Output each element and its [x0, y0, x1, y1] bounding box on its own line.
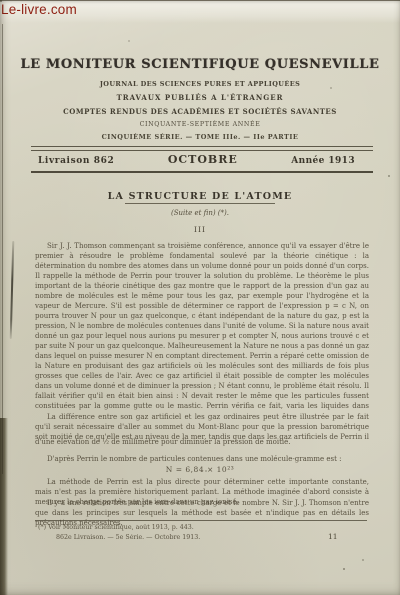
double-rule-top-2 — [31, 150, 373, 151]
paper-specks — [0, 0, 2, 2]
article-subtitle: (Suite et fin) (*). — [0, 209, 400, 217]
masthead-subtitle-comptes-rendus: COMPTES RENDUS DES ACADÉMIES ET SOCIÉTÉS… — [0, 107, 400, 116]
issue-bar: Livraison 862 OCTOBRE Année 1913 — [31, 153, 373, 166]
footer-signature-line: 862e Livraison. — 5e Série. — Octobre 19… — [56, 534, 200, 541]
issue-year: Année 1913 — [291, 156, 373, 166]
scan-top-edge — [0, 0, 400, 1]
masthead-series-line: CINQUIÈME SÉRIE. — TOME IIIe. — IIe PART… — [0, 133, 400, 141]
masthead-subtitle-travaux: TRAVAUX PUBLIÉS A L'ÉTRANGER — [0, 93, 400, 102]
double-rule-top-1 — [31, 146, 373, 147]
issue-month: OCTOBRE — [168, 153, 238, 166]
article-title: LA STRUCTURE DE L'ATOME — [0, 191, 400, 202]
footnote-rule — [35, 520, 367, 521]
rule-below-issue-bar — [31, 171, 373, 173]
article-section-number: III — [0, 225, 400, 234]
journal-scan-page: Le-livre.com LE MONITEUR SCIENTIFIQUE QU… — [0, 0, 400, 595]
paragraph-elevation-line: d'une élévation de ½ de millimètre pour … — [35, 437, 369, 450]
article-title-underline — [125, 203, 275, 204]
ink-mark-artifact — [10, 241, 15, 339]
page-fold-line — [2, 24, 3, 474]
masthead-year-line: CINQUANTE-SEPTIÈME ANNÉE — [0, 121, 400, 128]
paragraph-thomson-lecture: Sir J. J. Thomson commençant sa troisièm… — [35, 241, 369, 412]
avogadro-formula: N = 6,84 × 10²³ — [0, 465, 400, 474]
masthead-title: LE MONITEUR SCIENTIFIQUE QUESNEVILLE — [0, 57, 400, 72]
page-number: 11 — [328, 532, 338, 541]
masthead-subtitle-journal: JOURNAL DES SCIENCES PURES ET APPLIQUÉES — [0, 80, 400, 88]
bookseller-watermark: Le-livre.com — [1, 2, 77, 17]
footnote-reference: (*) Voir Moniteur scientifique, août 191… — [38, 524, 194, 531]
issue-livraison: Livraison 862 — [31, 156, 114, 166]
formula-intro-line: D'après Perrin le nombre de particules c… — [35, 454, 369, 465]
